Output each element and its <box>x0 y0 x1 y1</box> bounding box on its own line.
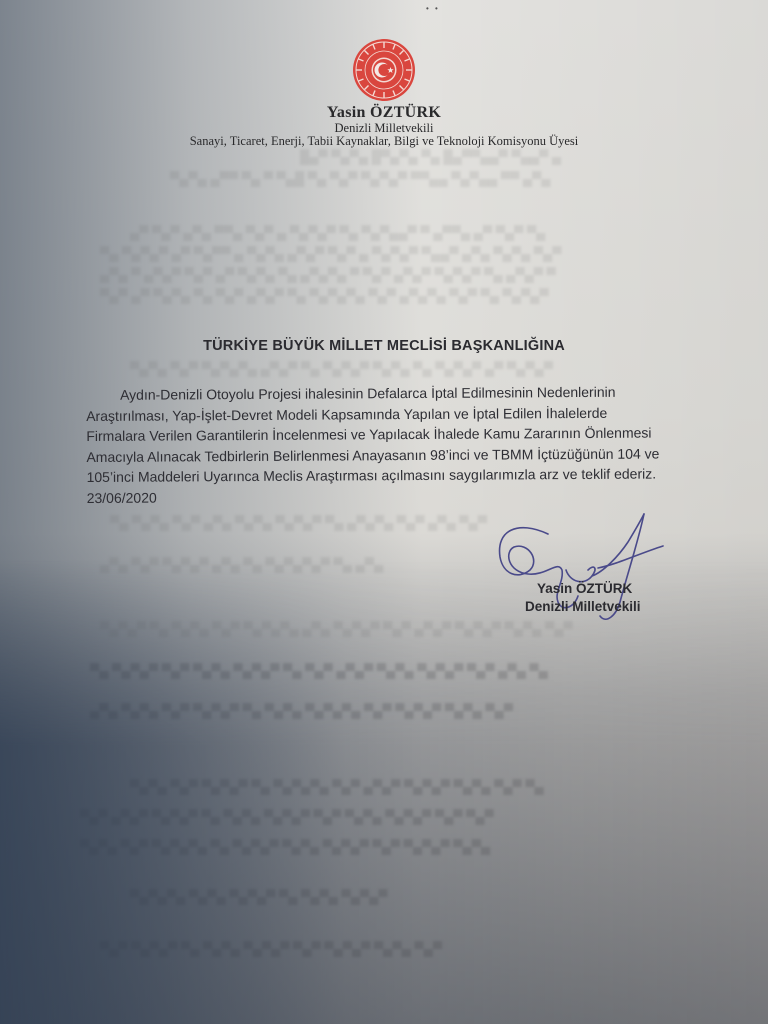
document-body: Aydın-Denizli Otoyolu Projesi ihalesinin… <box>86 381 687 508</box>
signature-title: Denizli Milletvekili <box>525 598 641 616</box>
letterhead-name: Yasin ÖZTÜRK <box>0 104 768 122</box>
signature-block: Yasin ÖZTÜRK Denizli Milletvekili <box>525 580 641 616</box>
body-line: Aydın-Denizli Otoyolu Projesi ihalesinin… <box>86 381 686 405</box>
letterhead-committee: Sanayi, Ticaret, Enerji, Tabii Kaynaklar… <box>0 134 768 149</box>
paper-speck: • • <box>426 4 440 13</box>
document-heading: TÜRKİYE BÜYÜK MİLLET MECLİSİ BAŞKANLIĞIN… <box>0 338 768 354</box>
document-date: 23/06/2020 <box>87 484 687 508</box>
signature-name: Yasin ÖZTÜRK <box>525 580 641 598</box>
tbmm-seal-icon <box>352 38 416 102</box>
body-line: 105’inci Maddeleri Uyarınca Meclis Araşt… <box>87 463 687 487</box>
body-line: Firmalara Verilen Garantilerin İncelenme… <box>86 422 686 446</box>
